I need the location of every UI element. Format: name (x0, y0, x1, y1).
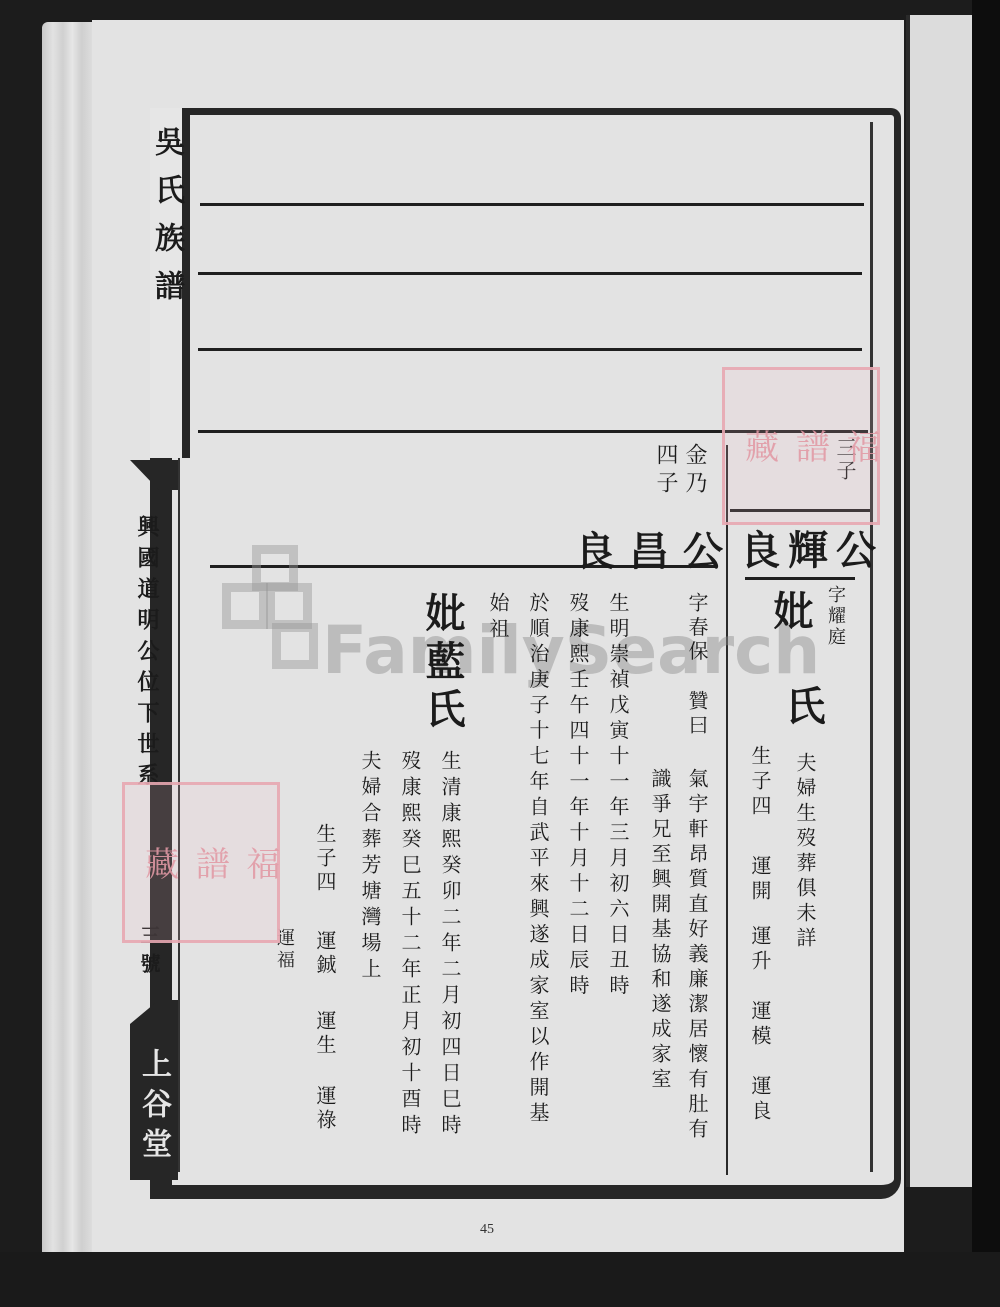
person-name-text: 良昌公 (575, 528, 737, 575)
row-divider (198, 348, 862, 351)
life-note: 夫婦生歿葬俱未詳 (795, 752, 815, 952)
facing-page-edge (906, 15, 976, 1187)
seal-char: 藏 (725, 429, 776, 463)
sons-label: 生子四 (315, 823, 335, 895)
spouse-death: 歿康熙癸巳五十二年正月初十酉時 (400, 750, 420, 1140)
row-divider (745, 577, 855, 580)
page-number: 45 (480, 1222, 494, 1238)
person-name-liangchang: 良昌公 (575, 520, 737, 577)
burial-record: 夫婦合葬芳塘灣場上 (360, 750, 380, 984)
migration-record: 於順治庚子十七年自武平來興遂成家室以作開基 (528, 592, 548, 1128)
sons-label: 生子四 (750, 745, 770, 820)
courtesy-name: 字耀庭 (826, 585, 844, 648)
spouse-suffix: 氏 (782, 685, 822, 735)
note-jinnai: 金乃 (683, 443, 705, 499)
spouse-name: 妣藍氏 (422, 592, 462, 736)
scan-background (972, 0, 1000, 1307)
seal-char: 福 (226, 846, 277, 880)
collection-seal-bottom: 藏 譜 福 (122, 782, 280, 943)
spine-title: 吳氏族譜 (151, 126, 181, 318)
founder-title: 始祖 (488, 592, 508, 644)
scan-background-bottom (0, 1252, 1000, 1307)
son-name: 運開 (750, 855, 770, 905)
birth-record: 生明崇禎戊寅十一年三月初六日丑時 (608, 592, 628, 1000)
son-name: 運祿 (315, 1085, 335, 1133)
collection-seal-top: 藏 譜 福 (722, 367, 880, 525)
row-divider (200, 203, 864, 206)
courtesy-name: 字春保 (687, 592, 707, 665)
person-name-text: 良輝公 (740, 527, 884, 574)
eulogy-line-1: 氣宇軒昂質直好義廉潔居懷有肚有 (687, 768, 707, 1143)
son-name: 運良 (750, 1075, 770, 1125)
spouse-label: 妣 (770, 590, 810, 640)
familysearch-tree-icon (222, 545, 312, 665)
son-name: 運模 (750, 1000, 770, 1050)
row-divider (198, 272, 862, 275)
seal-char: 譜 (776, 429, 827, 463)
hall-name: 上谷堂 (138, 1048, 168, 1168)
hall-name-box: 上谷堂 (130, 1040, 178, 1180)
son-name: 運生 (315, 1010, 335, 1058)
eulogy-line-2: 識爭兄至興開基協和遂成家室 (650, 768, 670, 1093)
note-fourth-son: 四子 (654, 443, 676, 499)
spouse-birth: 生清康熙癸卯二年二月初四日巳時 (440, 750, 460, 1140)
spine-subtitle: 興國道明公位下世系 (136, 515, 158, 794)
death-record: 歿康熙壬午四十一年十月十二日辰時 (568, 592, 588, 1000)
seal-char: 藏 (125, 846, 176, 880)
seal-char: 譜 (176, 846, 227, 880)
seal-char: 福 (826, 429, 877, 463)
son-name: 運鋮 (315, 930, 335, 978)
son-name: 運升 (750, 925, 770, 975)
person-name-lianghui: 良輝公 (740, 519, 884, 576)
eulogy-label: 贊曰 (687, 690, 707, 738)
spine-title-box: 吳氏族譜 (150, 108, 190, 458)
page-stack-edge (42, 22, 97, 1252)
